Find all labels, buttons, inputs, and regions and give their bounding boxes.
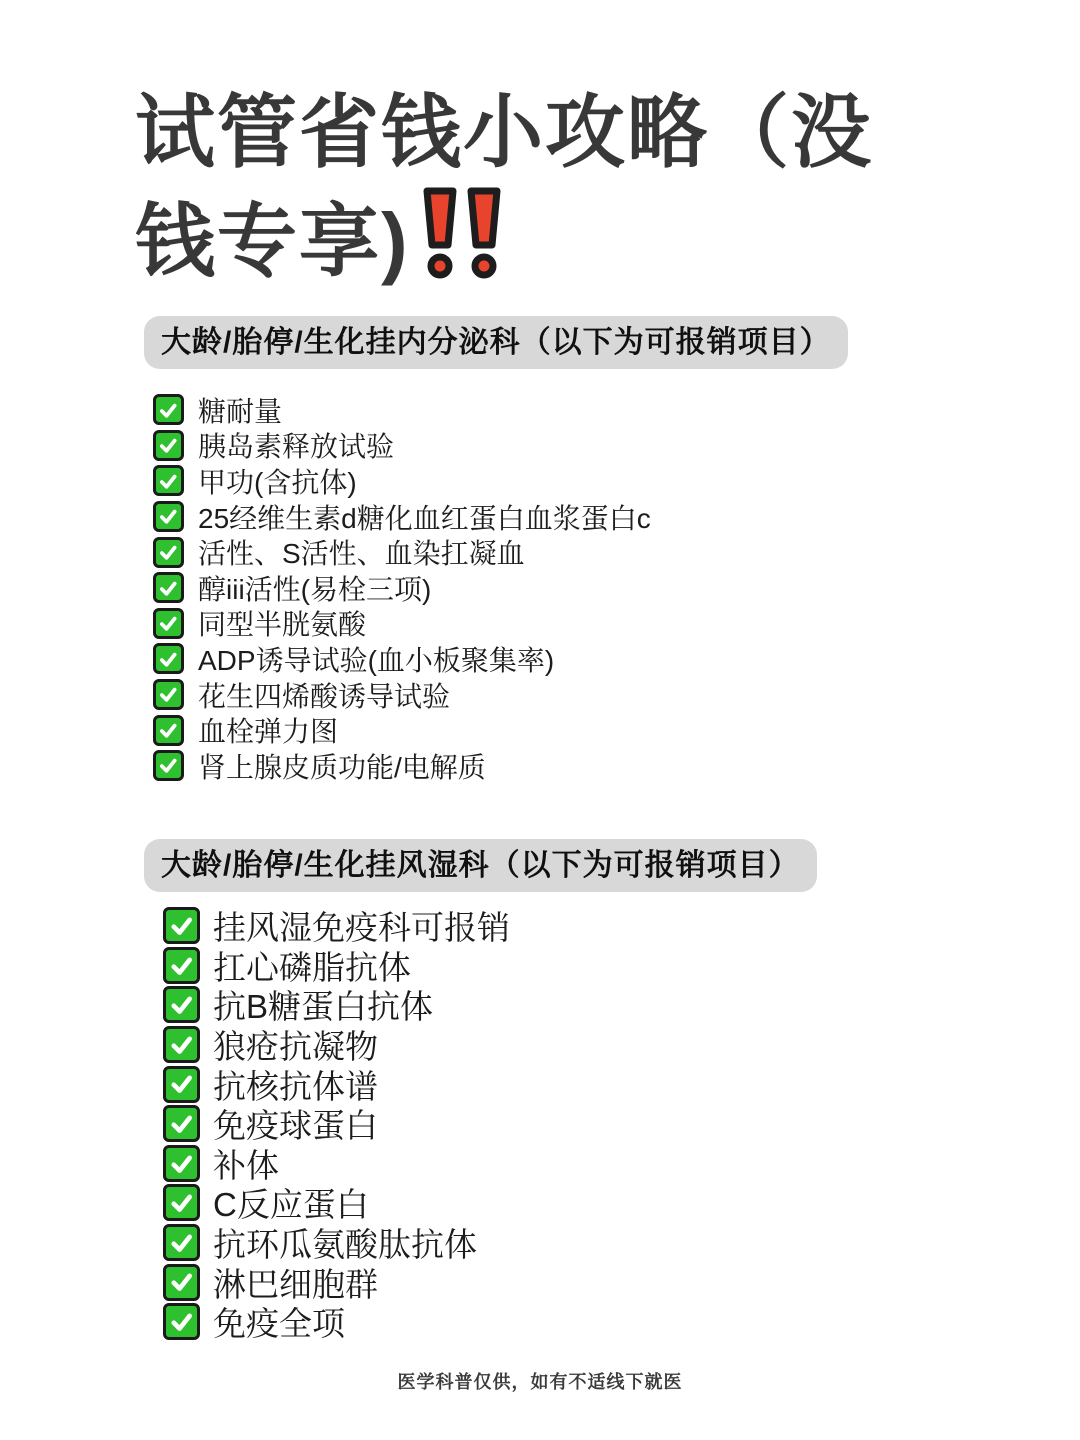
checklist-item: 同型半胱氨酸 (153, 606, 651, 642)
checklist-item: 抗核抗体谱 (163, 1064, 510, 1104)
section-header-endocrinology: 大龄/胎停/生化挂内分泌科（以下为可报销项目） (144, 316, 848, 369)
checklist-item: 活性、S活性、血染扛凝血 (153, 534, 651, 570)
checkbox-checked-icon (163, 1066, 200, 1103)
checklist-item: 狼疮抗凝物 (163, 1025, 510, 1065)
checkbox-checked-icon (153, 501, 184, 532)
checklist-item: ADP诱导试验(血小板聚集率) (153, 641, 651, 677)
checklist-item: 抗B糖蛋白抗体 (163, 985, 510, 1025)
checklist-item: 挂风湿免疫科可报销 (163, 906, 510, 946)
checkbox-checked-icon (163, 1303, 200, 1340)
checklist-item-label: 活性、S活性、血染扛凝血 (198, 532, 525, 572)
checkbox-checked-icon (163, 986, 200, 1023)
checklist-item: 扛心磷脂抗体 (163, 946, 510, 986)
checklist-item-label: ADP诱导试验(血小板聚集率) (198, 639, 554, 679)
checklist-item: 肾上腺皮质功能/电解质 (153, 748, 651, 784)
checklist-item: 25经维生素d糖化血红蛋白血浆蛋白c (153, 499, 651, 535)
checklist-item-label: 25经维生素d糖化血红蛋白血浆蛋白c (198, 497, 651, 537)
checkbox-checked-icon (163, 907, 200, 944)
checkbox-checked-icon (153, 643, 184, 674)
checkbox-checked-icon (163, 1184, 200, 1221)
checkbox-checked-icon (153, 572, 184, 603)
checklist-item: 淋巴细胞群 (163, 1262, 510, 1302)
checklist-item-label: 醇iii活性(易栓三项) (198, 568, 431, 608)
checkbox-checked-icon (153, 394, 184, 425)
checklist-item: 花生四烯酸诱导试验 (153, 677, 651, 713)
checkbox-checked-icon (163, 1145, 200, 1182)
checklist-item: C反应蛋白 (163, 1183, 510, 1223)
checklist-item-label: 甲功(含抗体) (198, 461, 357, 501)
checklist-item: 糖耐量 (153, 392, 651, 428)
checklist-item: 补体 (163, 1144, 510, 1184)
checkbox-checked-icon (153, 465, 184, 496)
checklist-item: 免疫全项 (163, 1302, 510, 1342)
checklist-item-label: 花生四烯酸诱导试验 (198, 675, 450, 715)
checkbox-checked-icon (163, 1224, 200, 1261)
checkbox-checked-icon (153, 430, 184, 461)
checklist-item: 抗环瓜氨酸肽抗体 (163, 1223, 510, 1263)
disclaimer-text: 医学科普仅供，如有不适线下就医 (0, 1368, 1080, 1394)
double-exclamation-icon (420, 185, 504, 279)
section-header-rheumatology: 大龄/胎停/生化挂风湿科（以下为可报销项目） (144, 839, 817, 892)
checkbox-checked-icon (153, 679, 184, 710)
checklist-item-label: 同型半胱氨酸 (198, 603, 366, 643)
checkbox-checked-icon (153, 715, 184, 746)
checklist-item-label: 肾上腺皮质功能/电解质 (198, 746, 486, 786)
checkbox-checked-icon (153, 608, 184, 639)
title-line-1: 试管省钱小攻略（没 (135, 88, 873, 177)
checklist-item: 免疫球蛋白 (163, 1104, 510, 1144)
checkbox-checked-icon (163, 1264, 200, 1301)
checklist-rheumatology: 挂风湿免疫科可报销 扛心磷脂抗体 抗B糖蛋白抗体 狼疮抗凝物 抗核抗体谱 免疫球… (163, 906, 510, 1342)
title-line-2: 钱专享) (135, 197, 410, 286)
checklist-item-label: 糖耐量 (198, 390, 282, 430)
checklist-endocrinology: 糖耐量 胰岛素释放试验 甲功(含抗体) 25经维生素d糖化血红蛋白血浆蛋白c 活… (153, 392, 651, 784)
checklist-item: 醇iii活性(易栓三项) (153, 570, 651, 606)
checkbox-checked-icon (163, 1105, 200, 1142)
checklist-item-label: 血栓弹力图 (198, 710, 338, 750)
checkbox-checked-icon (163, 947, 200, 984)
checkbox-checked-icon (153, 750, 184, 781)
checklist-item-label: 胰岛素释放试验 (198, 425, 394, 465)
checklist-item: 血栓弹力图 (153, 712, 651, 748)
checkbox-checked-icon (153, 537, 184, 568)
checklist-item-label: 免疫全项 (213, 1298, 345, 1345)
page-title: 试管省钱小攻略（没 钱专享) (135, 80, 873, 294)
checklist-item: 甲功(含抗体) (153, 463, 651, 499)
checkbox-checked-icon (163, 1026, 200, 1063)
poster: 试管省钱小攻略（没 钱专享) 大龄/胎停/生化挂内分泌科（以下为可报销项目） 糖… (0, 0, 1080, 1440)
checklist-item: 胰岛素释放试验 (153, 428, 651, 464)
